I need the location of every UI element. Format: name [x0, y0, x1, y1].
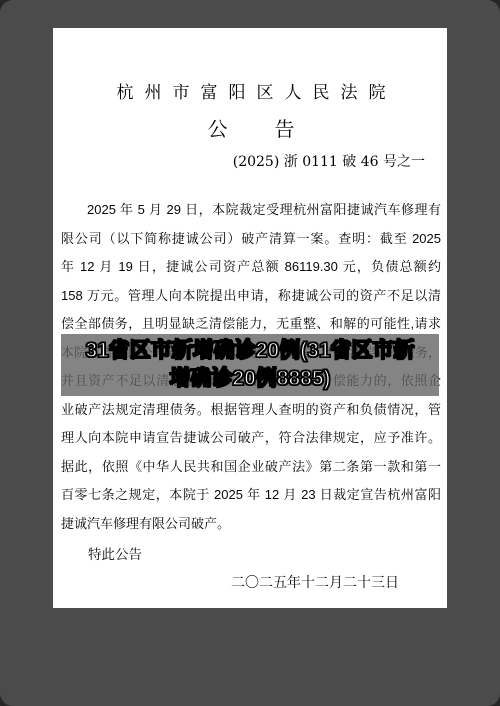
- body-line: 158 万元。管理人向本院提出申请，称捷诚公司的资产不足以清: [61, 282, 441, 311]
- closing-line: 特此公告: [61, 542, 441, 568]
- body-line: 百零七条之规定，本院于 2025 年 12 月 23 日裁定宣告杭州富阳: [61, 481, 441, 510]
- body-line: 业破产法规定清理债务。根据管理人查明的资产和负债情况，管: [61, 396, 441, 425]
- notice-title: 公告: [61, 117, 441, 141]
- headline-text-line-1: 31省区市新增确诊20例(31省区市新: [61, 337, 439, 365]
- body-line: 捷诚汽车修理有限公司破产。: [61, 510, 441, 539]
- date-line: 二〇二五年十二月二十三日: [61, 570, 441, 594]
- body-line: 理人向本院申请宣告捷诚公司破产，符合法律规定，应予准许。: [61, 424, 441, 453]
- headline-text-line-2: 增确诊20例8885): [61, 365, 439, 393]
- body-line: 2025 年 5 月 29 日，本院裁定受理杭州富阳捷诚汽车修理有: [61, 196, 441, 225]
- court-name-heading: 杭州市富阳区人民法院: [61, 83, 441, 103]
- body-line: 限公司（以下简称捷诚公司）破产清算一案。查明：截至 2025: [61, 225, 441, 254]
- screenshot-root: { "page": { "backdrop_color": "#262626",…: [0, 0, 500, 706]
- court-notice-paper: 杭州市富阳区人民法院 公告 (2025) 浙 0111 破 46 号之一 202…: [53, 28, 447, 608]
- body-line: 据此，依照《中华人民共和国企业破产法》第二条第一款和第一: [61, 453, 441, 482]
- headline-overlay-banner: 31省区市新增确诊20例(31省区市新 增确诊20例8885): [61, 334, 439, 396]
- case-number: (2025) 浙 0111 破 46 号之一: [61, 154, 441, 170]
- body-line: 年 12 月 19 日，捷诚公司资产总额 86119.30 元，负债总额约: [61, 253, 441, 282]
